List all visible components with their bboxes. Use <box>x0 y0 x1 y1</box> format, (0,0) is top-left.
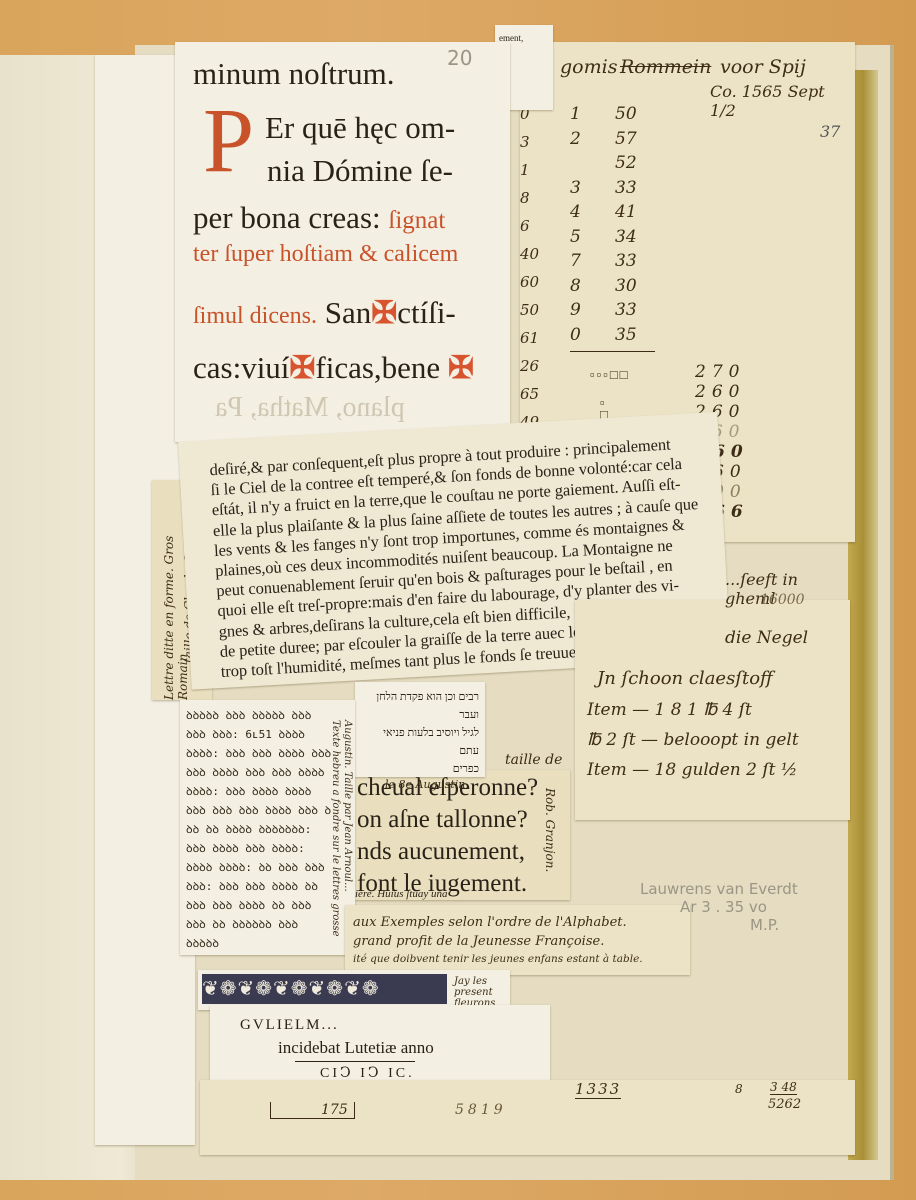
missal-line-4: per bona creas: ſignat <box>193 202 445 233</box>
bottom-account-strip: 175 5819 1333 8 3 48 5262 <box>200 1080 855 1155</box>
ledger-row: 150 <box>570 102 655 127</box>
hebrew-line: לגיל ויוסיב בלעות פניאי עתם <box>355 724 485 760</box>
ledger-row: 733 <box>570 249 655 274</box>
missal-line-1: minum noſtrum. <box>193 58 395 89</box>
ledger-box-marks: ▫▫▫□□ <box>590 367 630 383</box>
missal-line-3: nia Dómine ſe- <box>267 155 453 186</box>
ledger-rows: 150 257 52 333 441 534 733 830 933 035 <box>570 102 655 352</box>
ledger-row: 441 <box>570 200 655 225</box>
ledger-row: 333 <box>570 176 655 201</box>
ledger-margin-numbers: 0 3 1 8 6 40 60 50 61 26 65 49 66 <box>520 100 550 464</box>
pencil-folio-number: 20 <box>447 46 472 70</box>
ledger-row: 257 <box>570 127 655 152</box>
show-through-text: plano, Matha, Pa <box>215 392 405 424</box>
pencil-provenance-note: Lauwrens van Everdt Ar 3 . 35 vo M.P. <box>640 880 850 960</box>
verse-line: on aſne tallonne? <box>357 804 570 836</box>
granjon-note: Rob. Granjon. <box>543 788 557 872</box>
ledger-row: 534 <box>570 225 655 250</box>
civilite-fragment: aux Exemples selon l'ordre de l'Alphabet… <box>345 905 690 975</box>
verse-line: nds aucunement, <box>357 836 570 868</box>
ledger-row: 035 <box>570 323 655 348</box>
ledger-sum-line <box>570 351 655 352</box>
missal-line-7: cas:viuí✠ficas,bene ✠ <box>193 352 474 383</box>
cross-icon: ✠ <box>448 350 474 385</box>
ledger-date: Co. 1565 Sept 1/2 <box>710 82 855 120</box>
missal-line-6: ſimul dicens. San✠ctíſi- <box>193 297 456 328</box>
fleuron-pattern-icon: ❦❁❦❁❦❁❦❁❦❁ <box>202 974 447 1004</box>
ledger-row: 52 <box>570 151 655 176</box>
cursive-script-fragment: ꝺꝺꝺꝺꝺ ꝺꝺꝺ ꝺꝺꝺꝺꝺ ꝺꝺꝺ ꝺꝺꝺ ꝺꝺꝺ: 6ʟ51 ꝺꝺꝺꝺ ꝺ… <box>180 700 355 955</box>
ledger-row: 830 <box>570 274 655 299</box>
cross-icon: ✠ <box>289 350 315 385</box>
ledger-header-struck: Rommein <box>620 56 711 78</box>
ledger-row: 933 <box>570 298 655 323</box>
missal-line-2: Er quē hęc om- <box>265 112 455 143</box>
fleuron-border-strip: ❦❁❦❁❦❁❦❁❦❁ Jay les present fleurons <box>198 970 510 1010</box>
ledger-header-right: voor Spij <box>720 56 806 78</box>
drop-cap: P <box>203 94 254 186</box>
ledger-header-left: gomis <box>560 56 617 78</box>
missal-rubric-line-5: ter ſuper hoſtiam & calicem <box>193 242 458 266</box>
hebrew-line: רבים וכן הוא פקדת הלחן ועבר <box>355 682 485 724</box>
dutch-account-note: ...ſeeft in gheml 16000 die Negel Jn ſch… <box>575 600 850 820</box>
hebrew-print-fragment: רבים וכן הוא פקדת הלחן ועבר לגיל ויוסיב … <box>355 682 485 777</box>
hebrew-line: כפרים <box>355 760 485 778</box>
ledger-page-number: 37 <box>820 122 840 141</box>
cross-icon: ✠ <box>371 295 397 330</box>
missal-fragment: 20 minum noſtrum. P Er quē hęc om- nia D… <box>175 42 510 442</box>
